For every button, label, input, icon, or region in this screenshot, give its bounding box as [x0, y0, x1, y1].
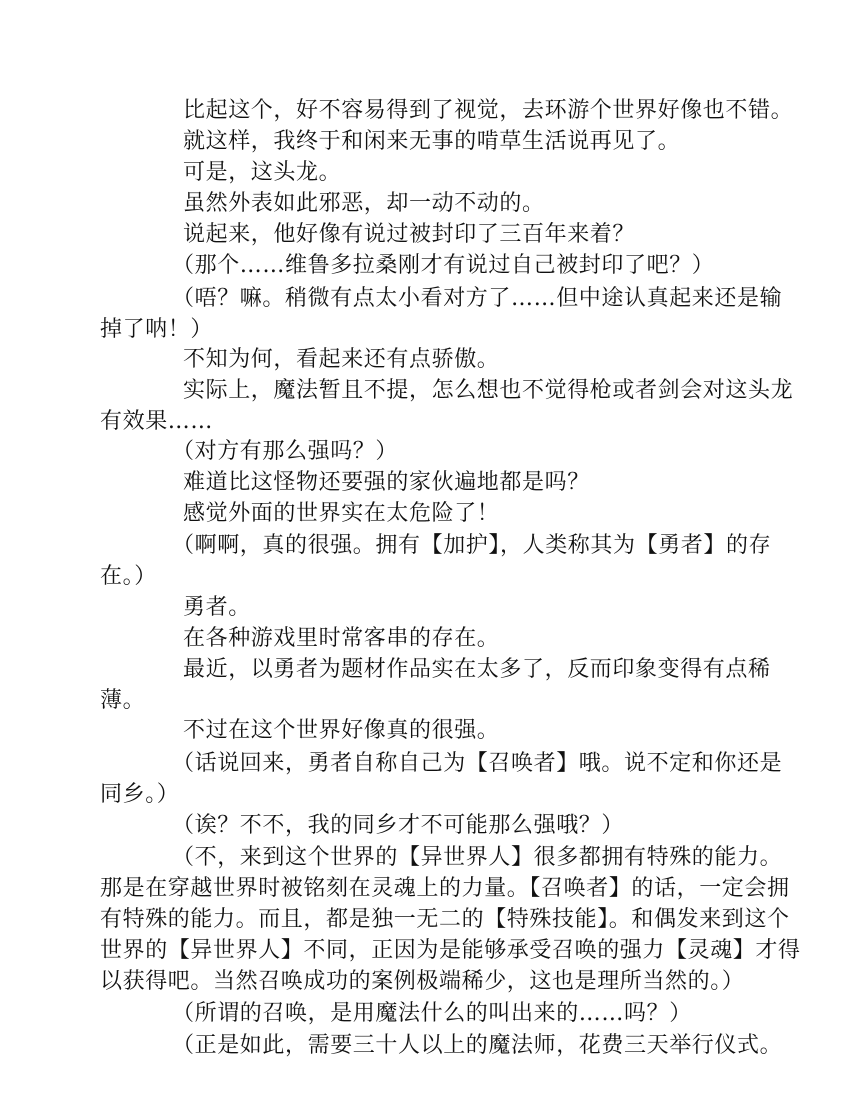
text-line: 虽然外表如此邪恶，却一动不动的。: [183, 188, 829, 219]
text-line: 难道比这怪物还要强的家伙遍地都是吗？: [183, 467, 829, 498]
text-line: 勇者。: [183, 592, 829, 623]
text-line: 在各种游戏里时常客串的存在。: [183, 623, 829, 654]
text-line: 不知为何，看起来还有点骄傲。: [183, 344, 829, 375]
text-line: 最近，以勇者为题材作品实在太多了，反而印象变得有点稀: [183, 654, 829, 685]
text-line: 实际上，魔法暂且不提，怎么想也不觉得枪或者剑会对这头龙: [183, 375, 829, 406]
text-line: （那个……维鲁多拉桑刚才有说过自己被封印了吧？）: [172, 250, 818, 281]
text-line: （正是如此，需要三十人以上的魔法师，花费三天举行仪式。: [172, 1030, 818, 1061]
text-line: （对方有那么强吗？）: [172, 436, 818, 467]
text-line: 掉了呐！）: [100, 314, 746, 345]
text-line: 以获得吧。当然召唤成功的案例极端稀少，这也是理所当然的。）: [100, 966, 746, 997]
text-line: （不，来到这个世界的【异世界人】很多都拥有特殊的能力。: [172, 842, 818, 873]
text-line: 有效果……: [100, 406, 746, 437]
text-line: 比起这个，好不容易得到了视觉，去环游个世界好像也不错。: [183, 95, 829, 126]
text-line: 在。）: [100, 561, 746, 592]
document-page: 比起这个，好不容易得到了视觉，去环游个世界好像也不错。 就这样，我终于和闲来无事…: [0, 0, 850, 1100]
text-line: 那是在穿越世界时被铭刻在灵魂上的力量。【召唤者】的话，一定会拥: [100, 873, 746, 904]
text-line: 可是，这头龙。: [183, 157, 829, 188]
text-line: 感觉外面的世界实在太危险了！: [183, 498, 829, 529]
text-line: 就这样，我终于和闲来无事的啃草生活说再见了。: [183, 126, 829, 157]
text-line: 说起来，他好像有说过被封印了三百年来着？: [183, 219, 829, 250]
text-line: 有特殊的能力。而且，都是独一无二的【特殊技能】。和偶发来到这个: [100, 904, 746, 935]
text-line: （唔？嘛。稍微有点太小看对方了……但中途认真起来还是输: [172, 283, 818, 314]
text-line: （话说回来，勇者自称自己为【召唤者】哦。说不定和你还是: [172, 748, 818, 779]
text-line: 同乡。）: [100, 779, 746, 810]
text-line: （啊啊，真的很强。拥有【加护】，人类称其为【勇者】的存: [172, 530, 818, 561]
text-line: 薄。: [100, 685, 746, 716]
text-line: 不过在这个世界好像真的很强。: [183, 715, 829, 746]
text-line: （诶？不不，我的同乡才不可能那么强哦？）: [172, 810, 818, 841]
text-line: 世界的【异世界人】不同，正因为是能够承受召唤的强力【灵魂】才得: [100, 935, 746, 966]
text-line: （所谓的召唤，是用魔法什么的叫出来的……吗？）: [172, 998, 818, 1029]
